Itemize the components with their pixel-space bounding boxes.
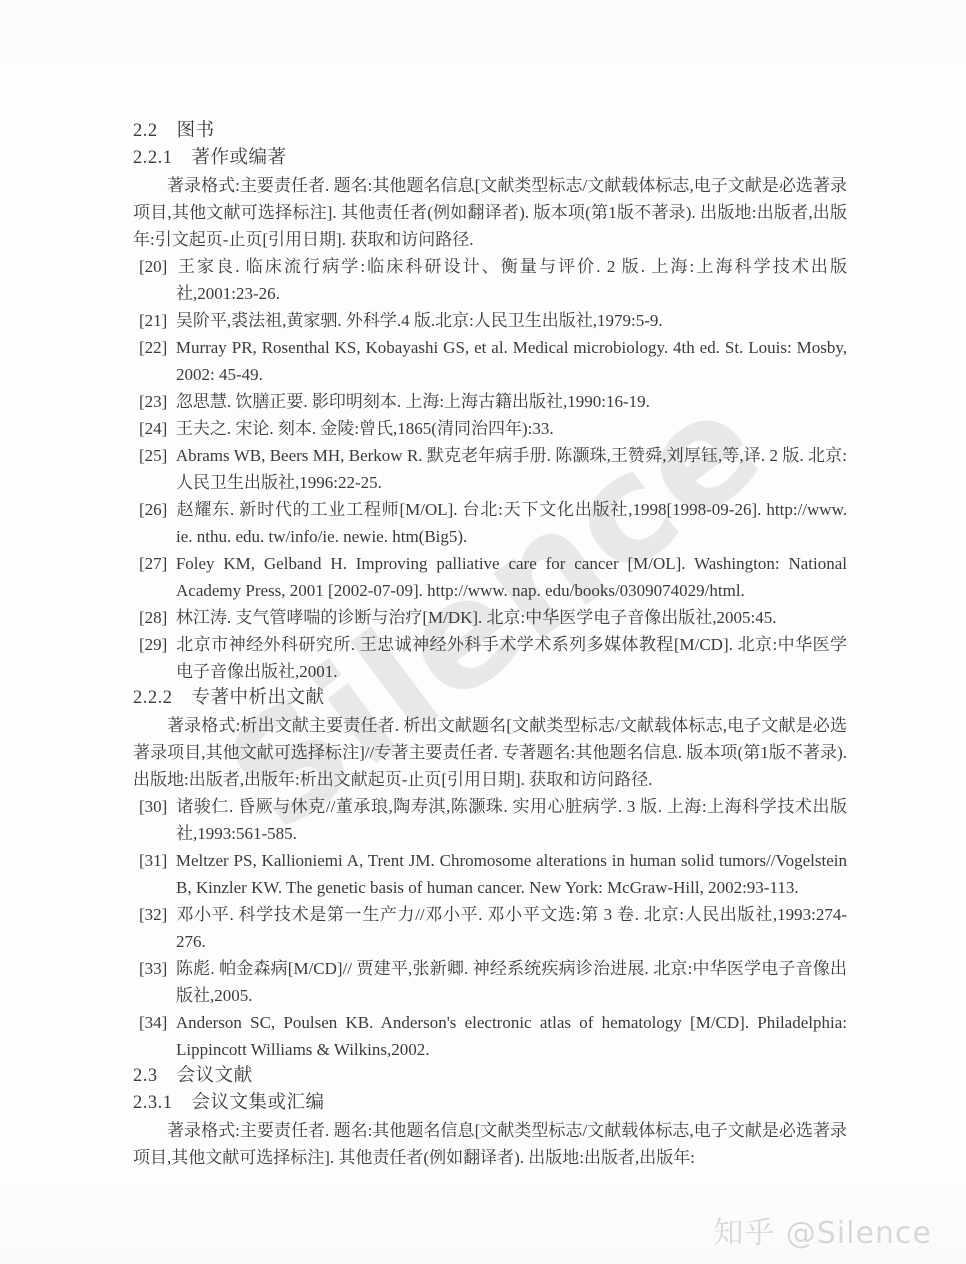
reference-number: [21] (139, 311, 167, 330)
reference-number: [34] (139, 1013, 167, 1032)
reference-item: [26] 赵耀东. 新时代的工业工程师[M/OL]. 台北:天下文化出版社,19… (133, 496, 847, 550)
reference-item: [25] Abrams WB, Beers MH, Berkow R. 默克老年… (133, 442, 847, 496)
reference-text: 诸骏仁. 昏厥与休克//董承琅,陶寿淇,陈灏珠. 实用心脏病学. 3 版. 上海… (176, 797, 847, 843)
citation-format-paragraph: 著录格式:主要责任者. 题名:其他题名信息[文献类型标志/文献载体标志,电子文献… (133, 172, 847, 253)
reference-text: Meltzer PS, Kallioniemi A, Trent JM. Chr… (176, 851, 847, 897)
reference-text: 王家良. 临床流行病学:临床科研设计、衡量与评价. 2 版. 上海:上海科学技术… (176, 257, 847, 303)
reference-number: [30] (139, 797, 167, 816)
reference-item: [23] 忽思慧. 饮膳正要. 影印明刻本. 上海:上海古籍出版社,1990:1… (133, 388, 847, 415)
reference-item: [28] 林江涛. 支气管哮喘的诊断与治疗[M/DK]. 北京:中华医学电子音像… (133, 604, 847, 631)
citation-format-paragraph: 著录格式:析出文献主要责任者. 析出文献题名[文献类型标志/文献载体标志,电子文… (133, 712, 847, 793)
document-content: 2.2 图书2.2.1 著作或编著著录格式:主要责任者. 题名:其他题名信息[文… (133, 118, 847, 1171)
reference-item: [32] 邓小平. 科学技术是第一生产力//邓小平. 邓小平文选:第 3 卷. … (133, 901, 847, 955)
reference-item: [31] Meltzer PS, Kallioniemi A, Trent JM… (133, 847, 847, 901)
reference-text: Abrams WB, Beers MH, Berkow R. 默克老年病手册. … (176, 446, 847, 492)
reference-item: [34] Anderson SC, Poulsen KB. Anderson's… (133, 1009, 847, 1063)
section-heading: 2.2 图书 (133, 118, 847, 145)
reference-number: [20] (139, 257, 167, 276)
reference-text: 吴阶平,裘法祖,黄家驷. 外科学.4 版.北京:人民卫生出版社,1979:5-9… (176, 311, 663, 330)
reference-number: [33] (139, 959, 167, 978)
reference-text: 林江涛. 支气管哮喘的诊断与治疗[M/DK]. 北京:中华医学电子音像出版社,2… (176, 608, 777, 627)
reference-item: [21] 吴阶平,裘法祖,黄家驷. 外科学.4 版.北京:人民卫生出版社,197… (133, 307, 847, 334)
section-heading: 2.2.1 著作或编著 (133, 145, 847, 172)
reference-text: Foley KM, Gelband H. Improving palliativ… (176, 554, 847, 600)
reference-number: [32] (139, 905, 167, 924)
reference-item: [33] 陈彪. 帕金森病[M/CD]// 贾建平,张新卿. 神经系统疾病诊治进… (133, 955, 847, 1009)
reference-item: [29] 北京市神经外科研究所. 王忠诚神经外科手术学术系列多媒体教程[M/CD… (133, 631, 847, 685)
reference-text: Murray PR, Rosenthal KS, Kobayashi GS, e… (176, 338, 847, 384)
section-heading: 2.3 会议文献 (133, 1063, 847, 1090)
zhihu-author-watermark: 知乎 @Silence (713, 1208, 932, 1252)
reference-number: [22] (139, 338, 167, 357)
reference-item: [22] Murray PR, Rosenthal KS, Kobayashi … (133, 334, 847, 388)
reference-number: [25] (139, 446, 167, 465)
reference-item: [30] 诸骏仁. 昏厥与休克//董承琅,陶寿淇,陈灏珠. 实用心脏病学. 3 … (133, 793, 847, 847)
reference-item: [27] Foley KM, Gelband H. Improving pall… (133, 550, 847, 604)
reference-number: [27] (139, 554, 167, 573)
citation-format-paragraph: 著录格式:主要责任者. 题名:其他题名信息[文献类型标志/文献载体标志,电子文献… (133, 1117, 847, 1171)
reference-item: [24] 王夫之. 宋论. 刻本. 金陵:曾氏,1865(清同治四年):33. (133, 415, 847, 442)
reference-text: 陈彪. 帕金森病[M/CD]// 贾建平,张新卿. 神经系统疾病诊治进展. 北京… (176, 959, 847, 1005)
reference-number: [23] (139, 392, 167, 411)
reference-number: [29] (139, 635, 167, 654)
reference-text: 邓小平. 科学技术是第一生产力//邓小平. 邓小平文选:第 3 卷. 北京:人民… (176, 905, 847, 951)
reference-item: [20] 王家良. 临床流行病学:临床科研设计、衡量与评价. 2 版. 上海:上… (133, 253, 847, 307)
section-heading: 2.2.2 专著中析出文献 (133, 685, 847, 712)
reference-number: [28] (139, 608, 167, 627)
reference-text: 赵耀东. 新时代的工业工程师[M/OL]. 台北:天下文化出版社,1998[19… (176, 500, 847, 546)
scanned-document-page: Silence 2.2 图书2.2.1 著作或编著著录格式:主要责任者. 题名:… (0, 0, 966, 1264)
reference-text: 王夫之. 宋论. 刻本. 金陵:曾氏,1865(清同治四年):33. (176, 419, 554, 438)
reference-number: [26] (139, 500, 167, 519)
section-heading: 2.3.1 会议文集或汇编 (133, 1090, 847, 1117)
reference-text: 北京市神经外科研究所. 王忠诚神经外科手术学术系列多媒体教程[M/CD]. 北京… (176, 635, 847, 681)
reference-number: [31] (139, 851, 167, 870)
reference-number: [24] (139, 419, 167, 438)
reference-text: 忽思慧. 饮膳正要. 影印明刻本. 上海:上海古籍出版社,1990:16-19. (176, 392, 650, 411)
reference-text: Anderson SC, Poulsen KB. Anderson's elec… (176, 1013, 847, 1059)
